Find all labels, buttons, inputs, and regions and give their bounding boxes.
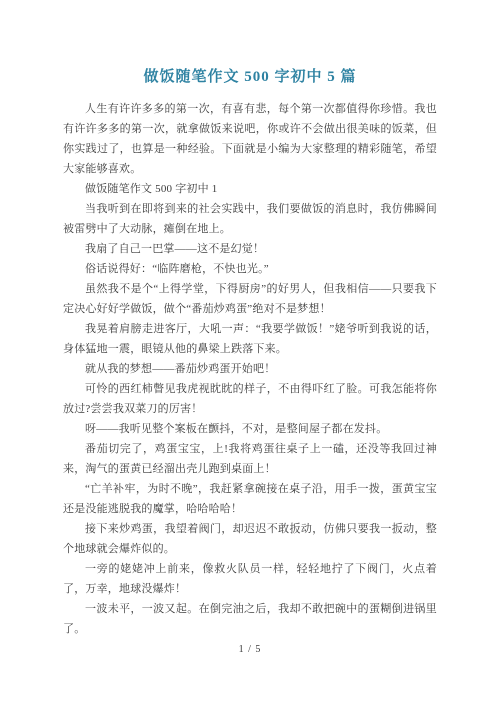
paragraph: 可怜的西红柿瞥见我虎视眈眈的样子，不由得吓红了脸。可我怎能将你放过?尝尝我双菜刀… <box>63 379 437 419</box>
paragraph: 一波未平，一波又起。在倒完油之后，我却不敢把碗中的蛋糊倒进锅里了。 <box>63 599 437 639</box>
paragraph: 当我听到在即将到来的社会实践中，我们要做饭的消息时，我仿佛瞬间被雷劈中了大动脉，… <box>63 199 437 239</box>
paragraph: 做饭随笔作文 500 字初中 1 <box>63 179 437 199</box>
paragraph: 虽然我不是个“上得学堂，下得厨房”的好男人，但我相信——只要我下定决心好好学做饭… <box>63 279 437 319</box>
page-number: 1 / 5 <box>0 644 500 656</box>
paragraph: 俗话说得好：“临阵磨枪，不快也光。” <box>63 259 437 279</box>
paragraph: 就从我的梦想——番茄炒鸡蛋开始吧！ <box>63 359 437 379</box>
paragraph: 一旁的姥姥冲上前来，像救火队员一样，轻轻地拧了下阀门，火点着了，万幸，地球没爆炸… <box>63 559 437 599</box>
paragraph: 人生有许许多多的第一次，有喜有悲，每个第一次都值得你珍惜。我也有许许多多的第一次… <box>63 99 437 179</box>
paragraph: 番茄切完了，鸡蛋宝宝，上!我将鸡蛋往桌子上一磕，还没等我回过神来，淘气的蛋黄已经… <box>63 439 437 479</box>
paragraph: 我扇了自己一巴掌——这不是幻觉！ <box>63 239 437 259</box>
document-page: 做饭随笔作文 500 字初中 5 篇 人生有许许多多的第一次，有喜有悲，每个第一… <box>0 0 500 707</box>
paragraph: 呀——我听见整个案板在颤抖，不对，是整间屋子都在发抖。 <box>63 419 437 439</box>
page-title: 做饭随笔作文 500 字初中 5 篇 <box>0 0 500 88</box>
paragraph: “亡羊补牢，为时不晚”，我赶紧拿碗接在桌子沿，用手一拨，蛋黄宝宝还是没能逃脱我的… <box>63 479 437 519</box>
paragraph: 我晃着肩膀走进客厅，大吼一声：“我要学做饭！”姥爷听到我说的话，身体猛地一震，眼… <box>63 319 437 359</box>
document-body: 人生有许许多多的第一次，有喜有悲，每个第一次都值得你珍惜。我也有许许多多的第一次… <box>63 99 437 639</box>
paragraph: 接下来炒鸡蛋，我望着阀门，却迟迟不敢扳动，仿佛只要我一扳动，整个地球就会爆炸似的… <box>63 519 437 559</box>
